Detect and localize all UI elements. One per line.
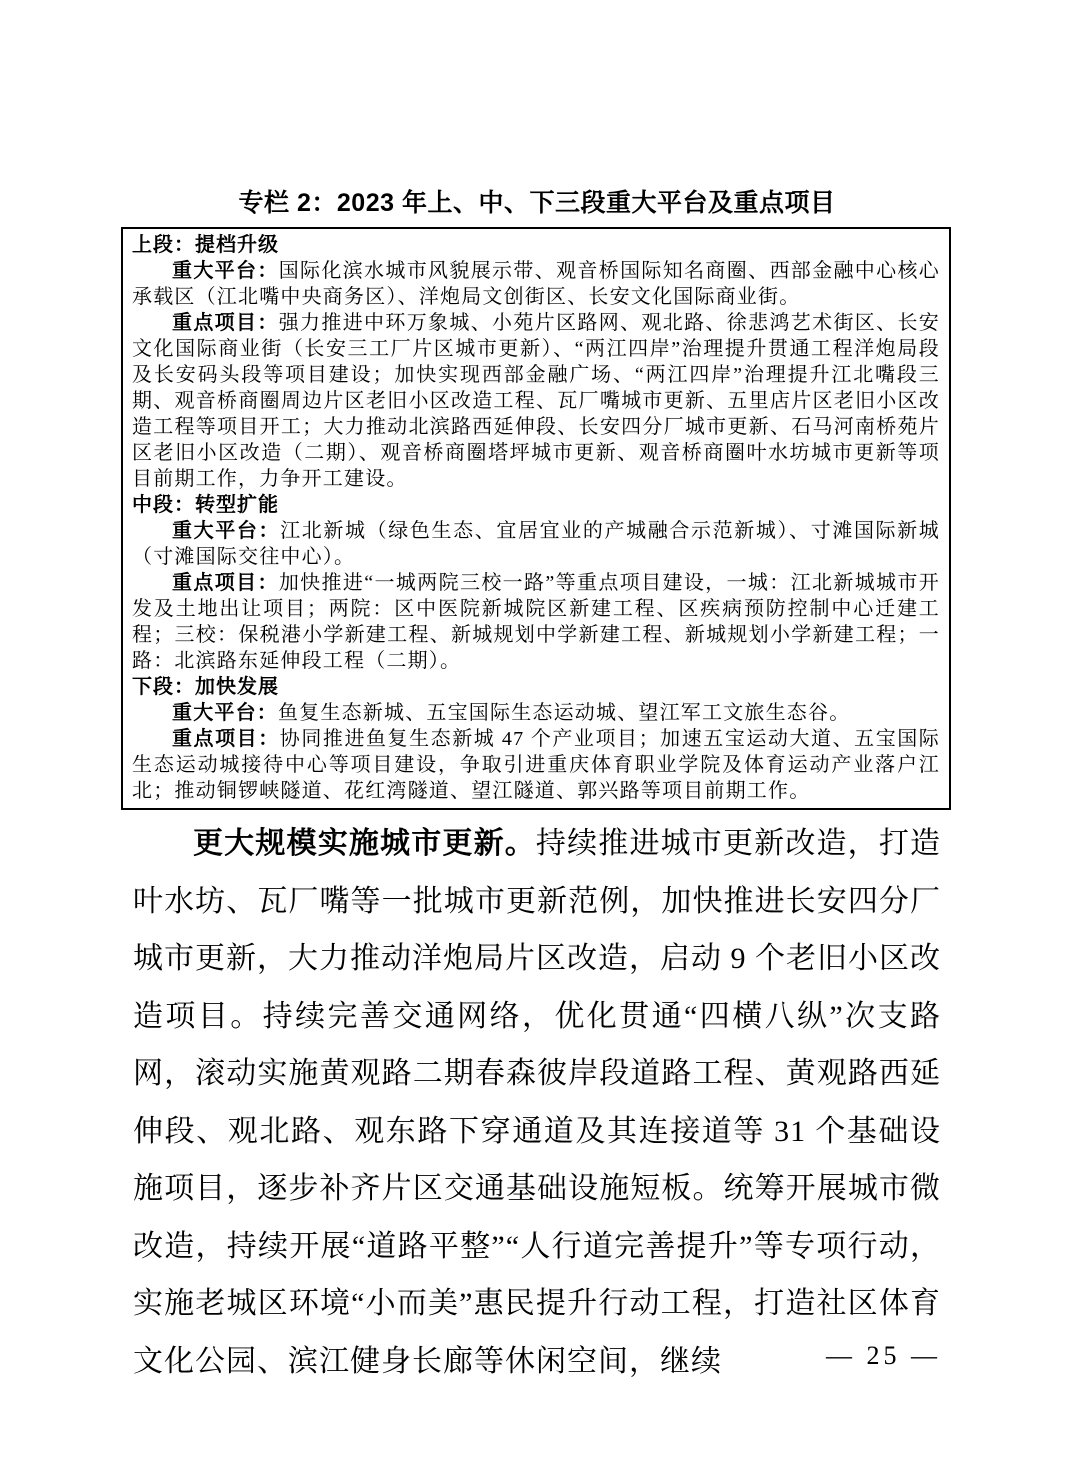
body-paragraph: 更大规模实施城市更新。持续推进城市更新改造，打造叶水坊、瓦厂嘴等一批城市更新范例… — [133, 815, 941, 1390]
section-heading: 中段：转型扩能 — [132, 492, 940, 518]
item-label: 重点项目： — [172, 312, 279, 334]
body-text: 持续推进城市更新改造，打造叶水坊、瓦厂嘴等一批城市更新范例，加快推进长安四分厂城… — [133, 827, 941, 1378]
section-upper: 上段：提档升级 重大平台：国际化滨水城市风貌展示带、观音桥国际知名商圈、西部金融… — [132, 232, 940, 492]
feature-box: 上段：提档升级 重大平台：国际化滨水城市风貌展示带、观音桥国际知名商圈、西部金融… — [121, 227, 951, 810]
section-item: 重大平台：鱼复生态新城、五宝国际生态运动城、望江军工文旅生态谷。 — [132, 700, 940, 726]
section-item: 重点项目：加快推进“一城两院三校一路”等重点项目建设，一城：江北新城城市开发及土… — [132, 570, 940, 674]
item-label: 重大平台： — [172, 702, 278, 724]
section-heading: 上段：提档升级 — [132, 232, 940, 258]
item-label: 重大平台： — [172, 260, 279, 282]
item-label: 重点项目： — [172, 728, 280, 750]
section-item: 重点项目：强力推进中环万象城、小苑片区路网、观北路、徐悲鸿艺术街区、长安文化国际… — [132, 310, 940, 492]
section-item: 重点项目：协同推进鱼复生态新城 47 个产业项目；加速五宝运动大道、五宝国际生态… — [132, 726, 940, 804]
section-item: 重大平台：江北新城（绿色生态、宜居宜业的产城融合示范新城）、寸滩国际新城（寸滩国… — [132, 518, 940, 570]
section-lower: 下段：加快发展 重大平台：鱼复生态新城、五宝国际生态运动城、望江军工文旅生态谷。… — [132, 674, 940, 804]
item-label: 重点项目： — [172, 572, 279, 594]
box-title: 专栏 2：2023 年上、中、下三段重大平台及重点项目 — [0, 183, 1074, 219]
item-text: 强力推进中环万象城、小苑片区路网、观北路、徐悲鸿艺术街区、长安文化国际商业街（长… — [132, 312, 940, 490]
page-number: — 25 — — [826, 1341, 941, 1371]
section-middle: 中段：转型扩能 重大平台：江北新城（绿色生态、宜居宜业的产城融合示范新城）、寸滩… — [132, 492, 940, 674]
item-text: 鱼复生态新城、五宝国际生态运动城、望江军工文旅生态谷。 — [278, 702, 850, 724]
section-heading: 下段：加快发展 — [132, 674, 940, 700]
document-page: 专栏 2：2023 年上、中、下三段重大平台及重点项目 上段：提档升级 重大平台… — [0, 0, 1074, 1458]
item-label: 重大平台： — [172, 520, 280, 542]
body-lead: 更大规模实施城市更新。 — [193, 827, 536, 860]
section-item: 重大平台：国际化滨水城市风貌展示带、观音桥国际知名商圈、西部金融中心核心承载区（… — [132, 258, 940, 310]
